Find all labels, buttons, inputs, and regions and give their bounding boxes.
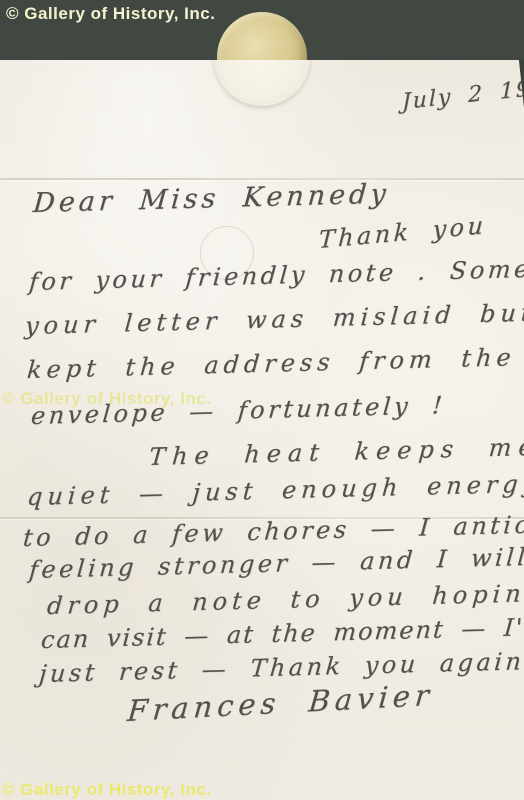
copyright-watermark-middle: © Gallery of History, Inc.: [2, 389, 211, 409]
handwritten-line: just rest — Thank you again: [38, 647, 524, 688]
copyright-watermark-top: © Gallery of History, Inc.: [6, 4, 215, 24]
scanned-letter: © Gallery of History, Inc. July 2 1987 D…: [0, 0, 524, 800]
handwritten-line: Thank you: [318, 211, 487, 254]
letter-paper: July 2 1987 Dear Miss Kennedy Thank you …: [0, 60, 524, 800]
handwritten-line: drop a note to you hoping we: [46, 577, 524, 620]
copyright-watermark-bottom: © Gallery of History, Inc.: [2, 780, 211, 800]
fold-crease: [0, 178, 524, 180]
handwritten-line: The heat keeps me: [148, 433, 524, 471]
letter-date: July 2 1987: [402, 73, 524, 115]
handwritten-line: for your friendly note . Somehow: [28, 253, 524, 296]
seal-impression: [214, 60, 310, 106]
signature: Frances Bavier: [126, 678, 435, 728]
handwritten-line: kept the address from the: [26, 343, 517, 384]
handwritten-line: your letter was mislaid but I: [24, 298, 524, 340]
handwritten-line: quiet — just enough energy: [26, 469, 524, 511]
handwritten-line: can visit — at the moment — I'll: [40, 613, 524, 654]
salutation: Dear Miss Kennedy: [32, 179, 391, 219]
